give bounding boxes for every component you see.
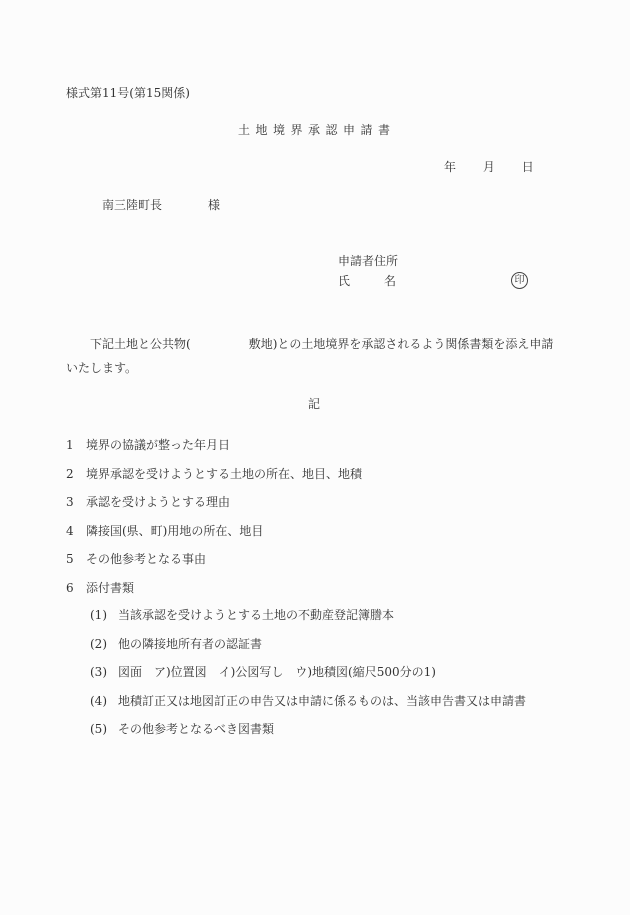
seal-icon: 印: [511, 272, 528, 289]
name-label-part-2: 名: [384, 274, 396, 288]
attachment-item: (3) 図面 ア)位置図 イ)公図写し ウ)地積図(縮尺500分の1): [90, 666, 526, 695]
applicant-name-label: 氏名: [338, 275, 396, 287]
attachment-number: (3): [90, 666, 118, 678]
attachment-text: その他参考となるべき図書類: [118, 723, 274, 735]
item-number: 3: [66, 496, 86, 508]
date-line: 年 月 日: [444, 161, 534, 173]
attachment-number: (5): [90, 723, 118, 735]
item-number: 5: [66, 553, 86, 565]
request-paragraph: 下記土地と公共物(敷地)との土地境界を承認されるよう関係書類を添え申請いたします…: [66, 332, 554, 380]
list-item: 3 承認を受けようとする理由: [66, 496, 362, 525]
item-number: 1: [66, 439, 86, 451]
attachment-list: (1) 当該承認を受けようとする土地の不動産登記簿謄本 (2) 他の隣接地所有者…: [90, 609, 526, 752]
date-month-label: 月: [483, 161, 495, 173]
attachment-item: (4) 地積訂正又は地図訂正の申告又は申請に係るものは、当該申告書又は申請書: [90, 695, 526, 724]
addressee: 南三陸町長様: [102, 199, 220, 211]
attachment-item: (1) 当該承認を受けようとする土地の不動産登記簿謄本: [90, 609, 526, 638]
list-item: 6 添付書類: [66, 582, 362, 611]
item-list: 1 境界の協議が整った年月日 2 境界承認を受けようとする土地の所在、地目、地積…: [66, 439, 362, 610]
attachment-number: (4): [90, 695, 118, 707]
list-item: 1 境界の協議が整った年月日: [66, 439, 362, 468]
item-number: 4: [66, 525, 86, 537]
addressee-name: 南三陸町長: [102, 198, 162, 212]
addressee-honorific: 様: [208, 198, 220, 212]
document-title: 土地境界承認申請書: [238, 124, 396, 136]
attachment-text: 当該承認を受けようとする土地の不動産登記簿謄本: [118, 609, 394, 621]
list-item: 4 隣接国(県、町)用地の所在、地目: [66, 525, 362, 554]
list-item: 5 その他参考となる事由: [66, 553, 362, 582]
item-text: 添付書類: [86, 582, 134, 594]
date-day-label: 日: [522, 161, 534, 173]
ki-heading: 記: [308, 398, 320, 410]
form-number: 様式第11号(第15関係): [66, 87, 190, 99]
applicant-address-label: 申請者住所: [338, 255, 398, 267]
attachment-number: (1): [90, 609, 118, 621]
list-item: 2 境界承認を受けようとする土地の所在、地目、地積: [66, 468, 362, 497]
item-number: 6: [66, 582, 86, 594]
paragraph-text-part-1: 下記土地と公共物(: [90, 337, 191, 351]
item-text: 境界承認を受けようとする土地の所在、地目、地積: [86, 468, 362, 480]
item-text: 承認を受けようとする理由: [86, 496, 230, 508]
attachment-text: 図面 ア)位置図 イ)公図写し ウ)地積図(縮尺500分の1): [118, 666, 436, 678]
item-text: 隣接国(県、町)用地の所在、地目: [86, 525, 263, 537]
attachment-item: (2) 他の隣接地所有者の認証書: [90, 638, 526, 667]
attachment-text: 他の隣接地所有者の認証書: [118, 638, 262, 650]
date-year-label: 年: [444, 161, 456, 173]
item-text: 境界の協議が整った年月日: [86, 439, 230, 451]
item-text: その他参考となる事由: [86, 553, 206, 565]
item-number: 2: [66, 468, 86, 480]
attachment-item: (5) その他参考となるべき図書類: [90, 723, 526, 752]
name-label-part-1: 氏: [338, 275, 384, 287]
attachment-number: (2): [90, 638, 118, 650]
attachment-text: 地積訂正又は地図訂正の申告又は申請に係るものは、当該申告書又は申請書: [118, 695, 526, 707]
